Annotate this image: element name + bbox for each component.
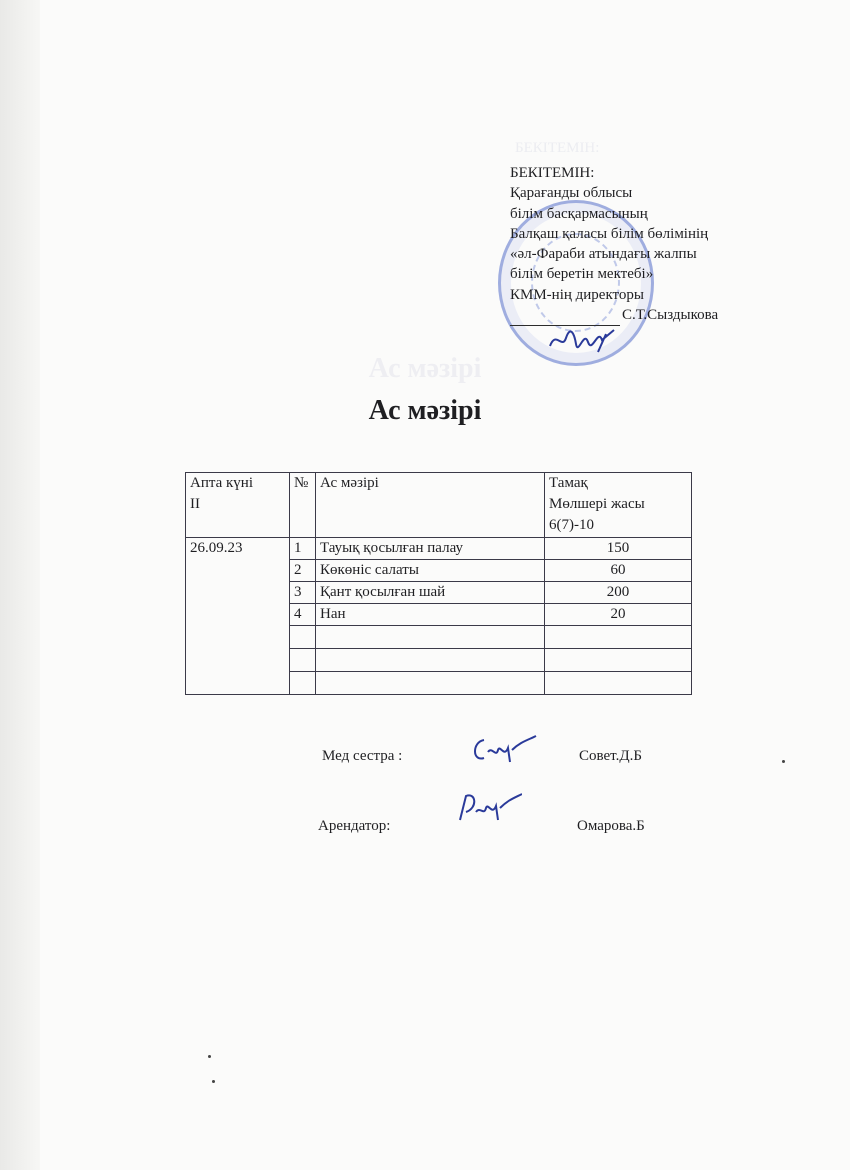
header-number: № [290, 473, 316, 538]
approval-line: Балқаш қаласы білім бөлімінің [510, 224, 718, 244]
director-signature-line: С.Т.Сыздыкова [510, 305, 718, 326]
blank-cell [316, 626, 545, 649]
header-quantity-line: Тамақ [549, 473, 687, 494]
row-dish: Қант қосылған шай [316, 582, 545, 604]
row-quantity: 200 [545, 582, 692, 604]
scan-speck [782, 760, 785, 763]
approval-line: білім беретін мектебі» [510, 264, 718, 284]
signature-underline [510, 305, 620, 326]
nurse-signature-icon [468, 732, 538, 766]
approval-heading: БЕКІТЕМІН: [510, 163, 718, 183]
row-quantity: 60 [545, 560, 692, 582]
header-day-line: II [190, 494, 285, 515]
bleed-through-title: Ас мәзірі [0, 353, 850, 385]
director-name: С.Т.Сыздыкова [622, 307, 718, 323]
blank-cell [316, 672, 545, 695]
table-row: 26.09.23 1 Тауық қосылған палау 150 [186, 538, 692, 560]
row-number: 3 [290, 582, 316, 604]
bleed-through-text: БЕКІТЕМІН: [515, 137, 599, 159]
tenant-signature-icon [452, 790, 522, 824]
header-day: Апта күні II [186, 473, 290, 538]
blank-cell [290, 649, 316, 672]
blank-cell [545, 626, 692, 649]
row-dish: Нан [316, 604, 545, 626]
scan-edge [0, 0, 40, 1170]
blank-cell [316, 649, 545, 672]
row-quantity: 150 [545, 538, 692, 560]
nurse-role-label: Мед сестра : [322, 748, 402, 765]
tenant-role-label: Арендатор: [318, 818, 390, 835]
approval-block: БЕКІТЕМІН: Қарағанды облысы білім басқар… [510, 163, 718, 326]
approval-line: Қарағанды облысы [510, 183, 718, 203]
row-dish: Тауық қосылған палау [316, 538, 545, 560]
header-quantity-line: Мөлшері жасы [549, 494, 687, 515]
tenant-name: Омарова.Б [577, 818, 645, 835]
header-day-line: Апта күні [190, 473, 285, 494]
blank-cell [545, 672, 692, 695]
scan-speck [212, 1080, 215, 1083]
row-number: 1 [290, 538, 316, 560]
approval-line: КММ-нің директоры [510, 285, 718, 305]
row-number: 2 [290, 560, 316, 582]
approval-line: білім басқармасының [510, 204, 718, 224]
blank-cell [290, 672, 316, 695]
menu-table: Апта күні II № Ас мәзірі Тамақ Мөлшері ж… [185, 472, 692, 695]
row-number: 4 [290, 604, 316, 626]
page-title: Ас мәзірі [0, 395, 850, 427]
date-cell: 26.09.23 [186, 538, 290, 695]
row-quantity: 20 [545, 604, 692, 626]
row-dish: Көкөніс салаты [316, 560, 545, 582]
nurse-name: Совет.Д.Б [579, 748, 642, 765]
header-quantity: Тамақ Мөлшері жасы 6(7)-10 [545, 473, 692, 538]
header-quantity-line: 6(7)-10 [549, 515, 687, 536]
header-dish: Ас мәзірі [316, 473, 545, 538]
blank-cell [290, 626, 316, 649]
director-signature-icon [548, 326, 620, 354]
table-header-row: Апта күні II № Ас мәзірі Тамақ Мөлшері ж… [186, 473, 692, 538]
scan-speck [208, 1055, 211, 1058]
approval-line: «әл-Фараби атындағы жалпы [510, 244, 718, 264]
blank-cell [545, 649, 692, 672]
